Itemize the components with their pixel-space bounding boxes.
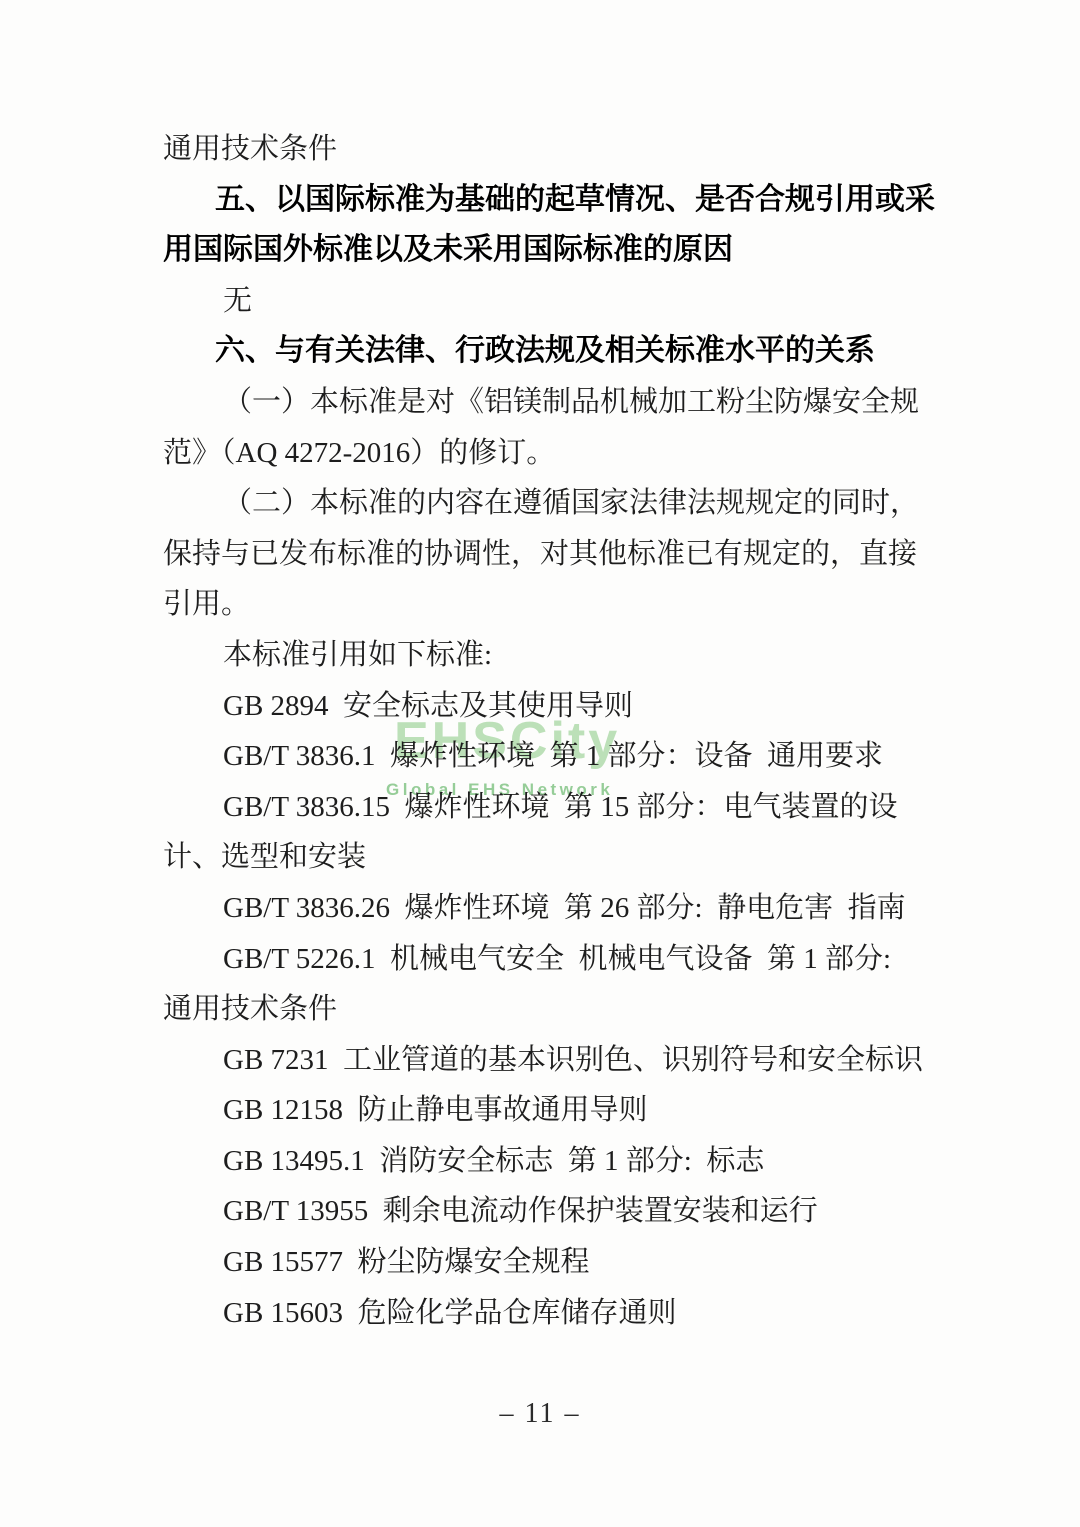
text-line: GB 15577 粉尘防爆安全规程 (163, 1237, 923, 1288)
text-line: 范》（AQ 4272-2016）的修订。 (163, 428, 923, 479)
text-line: GB/T 3836.15 爆炸性环境 第 15 部分：电气装置的设 (163, 782, 923, 833)
text-line: GB 2894 安全标志及其使用导则 (163, 681, 923, 732)
text-line: GB 13495.1 消防安全标志 第 1 部分: 标志 (163, 1136, 923, 1187)
text-line: GB/T 3836.26 爆炸性环境 第 26 部分: 静电危害 指南 (163, 883, 923, 934)
page-number: – 11 – (0, 1398, 1080, 1430)
text-line: GB 15603 危险化学品仓库储存通则 (163, 1288, 923, 1339)
text-line: GB 7231 工业管道的基本识别色、识别符号和安全标识 (163, 1035, 923, 1086)
text-line: 无 (163, 276, 923, 327)
text-line: 通用技术条件 (163, 984, 923, 1035)
text-line: GB 12158 防止静电事故通用导则 (163, 1085, 923, 1136)
text-line: （二）本标准的内容在遵循国家法律法规规定的同时， (163, 478, 923, 529)
text-line: 保持与已发布标准的协调性，对其他标准已有规定的，直接 (163, 529, 923, 580)
text-line: （一）本标准是对《铝镁制品机械加工粉尘防爆安全规 (163, 377, 923, 428)
heading-line: 用国际国外标准以及未采用国际标准的原因 (163, 225, 923, 276)
text-line: GB/T 3836.1 爆炸性环境 第 1 部分：设备 通用要求 (163, 731, 923, 782)
document-body: 通用技术条件五、以国际标准为基础的起草情况、是否合规引用或采用国际国外标准以及未… (163, 124, 923, 1338)
text-line: 引用。 (163, 579, 923, 630)
text-line: 计、选型和安装 (163, 832, 923, 883)
text-line: GB/T 5226.1 机械电气安全 机械电气设备 第 1 部分: (163, 934, 923, 985)
document-page: EHSCity Global EHS Network 通用技术条件五、以国际标准… (0, 0, 1080, 1527)
heading-line: 五、以国际标准为基础的起草情况、是否合规引用或采 (163, 175, 923, 226)
text-line: 通用技术条件 (163, 124, 923, 175)
text-line: 本标准引用如下标准: (163, 630, 923, 681)
heading-line: 六、与有关法律、行政法规及相关标准水平的关系 (163, 326, 923, 377)
text-line: GB/T 13955 剩余电流动作保护装置安装和运行 (163, 1186, 923, 1237)
